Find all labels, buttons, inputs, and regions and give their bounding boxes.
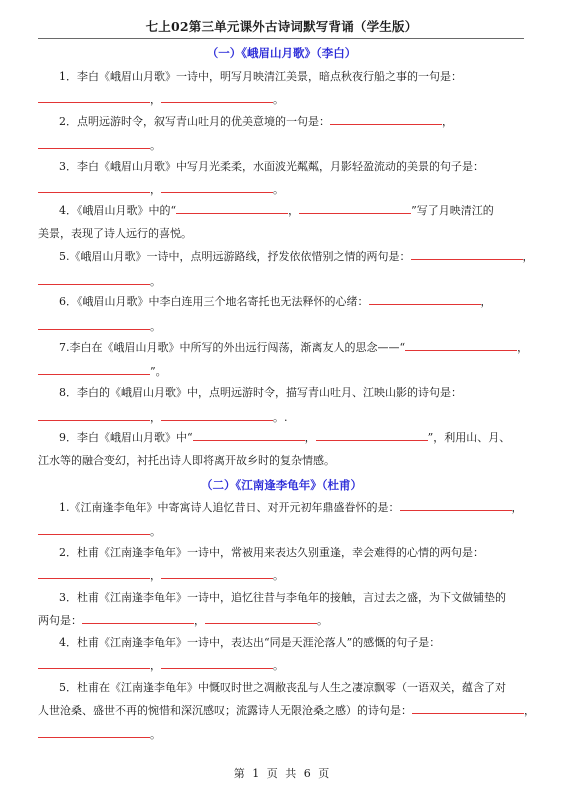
answer-line: ”。 — [38, 364, 528, 380]
answer-line: 。 — [38, 727, 528, 743]
answer-blank[interactable] — [205, 613, 317, 624]
answer-blank[interactable] — [38, 182, 150, 193]
answer-blank[interactable] — [38, 138, 150, 149]
question-text: 9．李白《峨眉山月歌》中“ — [59, 431, 193, 444]
answer-blank[interactable] — [330, 114, 442, 125]
answer-line: 。 — [38, 524, 528, 540]
answer-blank[interactable] — [38, 364, 150, 375]
answer-blank[interactable] — [316, 430, 428, 441]
answer-blank[interactable] — [38, 524, 150, 535]
question-text: 2．杜甫《江南逢李龟年》一诗中，常被用来表达久别重逢，幸会难得的心情的两句是： — [59, 545, 549, 561]
answer-blank[interactable] — [82, 613, 194, 624]
answer-line: ，。. — [38, 410, 528, 426]
question-text: 4．杜甫《江南逢李龟年》一诗中，表达出“同是天涯沦落人”的感慨的句子是： — [59, 635, 549, 651]
document-page: 七上02第三单元课外古诗词默写背诵（学生版） （一）《峨眉山月歌》（李白） 1．… — [0, 0, 563, 800]
answer-blank[interactable] — [299, 203, 411, 214]
question-line: 4．《峨眉山月歌》中的“，”写了月映清江的 — [59, 203, 549, 219]
question-continuation: 两句是： — [38, 614, 82, 627]
answer-blank[interactable] — [161, 658, 273, 669]
answer-blank[interactable] — [38, 410, 150, 421]
question-text: 3．杜甫《江南逢李龟年》一诗中，追忆往昔与李龟年的接触，言过去之盛，为下文做铺垫… — [59, 590, 549, 606]
answer-blank[interactable] — [400, 500, 512, 511]
answer-line: 。 — [38, 319, 528, 335]
answer-blank[interactable] — [405, 340, 517, 351]
answer-line: 两句是：，。 — [38, 613, 528, 629]
question-text: 5.《峨眉山月歌》一诗中，点明远游路线，抒发依依惜别之情的两句是： — [59, 250, 411, 263]
question-text: 7.李白在《峨眉山月歌》中所写的外出远行闯荡，渐离友人的思念——“ — [59, 341, 405, 354]
question-continuation: 人世沧桑、盛世不再的惋惜和深沉感叹；流露诗人无限沧桑之感）的诗句是： — [38, 704, 412, 717]
question-text-after: ”，利用山、月、 — [428, 431, 511, 444]
section-heading-1: （一）《峨眉山月歌》（李白） — [0, 45, 563, 61]
page-footer: 第 1 页 共 6 页 — [0, 765, 563, 781]
answer-blank[interactable] — [38, 319, 150, 330]
question-line: 2．点明远游时令，叙写青山吐月的优美意境的一句是：， — [59, 114, 549, 130]
question-text: 6．《峨眉山月歌》中李白连用三个地名寄托也无法释怀的心绪： — [59, 295, 369, 308]
question-line: 7.李白在《峨眉山月歌》中所写的外出远行闯荡，渐离友人的思念——“， — [59, 340, 549, 356]
answer-line: 人世沧桑、盛世不再的惋惜和深沉感叹；流露诗人无限沧桑之感）的诗句是：， — [38, 703, 528, 719]
question-text: 3．李白《峨眉山月歌》中写月光柔柔，水面波光粼粼，月影轻盈流动的美景的句子是： — [59, 159, 549, 175]
answer-line: 。 — [38, 274, 528, 290]
answer-blank[interactable] — [193, 430, 305, 441]
answer-line: ，。 — [38, 182, 528, 198]
answer-line: ，。 — [38, 92, 528, 108]
answer-blank[interactable] — [161, 568, 273, 579]
answer-line: ，。 — [38, 568, 528, 584]
question-text: 1．李白《峨眉山月歌》一诗中，明写月映清江美景，暗点秋夜行船之事的一句是： — [59, 69, 549, 85]
question-continuation: 江水等的融合变幻，衬托出诗人即将离开故乡时的复杂情感。 — [38, 453, 528, 469]
answer-blank[interactable] — [412, 703, 524, 714]
header-divider — [38, 38, 524, 39]
question-text-after: ”写了月映清江的 — [411, 204, 494, 217]
question-text: 8．李白的《峨眉山月歌》中，点明远游时令，描写青山吐月、江映山影的诗句是： — [59, 385, 549, 401]
question-text: 2．点明远游时令，叙写青山吐月的优美意境的一句是： — [59, 115, 330, 128]
answer-blank[interactable] — [38, 658, 150, 669]
question-text: 1.《江南逢李龟年》中寄寓诗人追忆昔日、对开元初年鼎盛眷怀的是： — [59, 501, 400, 514]
answer-blank[interactable] — [411, 249, 523, 260]
document-title: 七上02第三单元课外古诗词默写背诵（学生版） — [0, 17, 563, 35]
question-line: 1.《江南逢李龟年》中寄寓诗人追忆昔日、对开元初年鼎盛眷怀的是：， — [59, 500, 549, 516]
answer-line: 。 — [38, 138, 528, 154]
question-line: 5.《峨眉山月歌》一诗中，点明远游路线，抒发依依惜别之情的两句是：， — [59, 249, 549, 265]
section-heading-2: （二）《江南逢李龟年》（杜甫） — [0, 477, 563, 493]
question-line: 9．李白《峨眉山月歌》中“，”，利用山、月、 — [59, 430, 549, 446]
answer-blank[interactable] — [38, 727, 150, 738]
answer-blank[interactable] — [38, 568, 150, 579]
question-line: 6．《峨眉山月歌》中李白连用三个地名寄托也无法释怀的心绪：， — [59, 294, 549, 310]
answer-blank[interactable] — [161, 182, 273, 193]
question-text: 5．杜甫在《江南逢李龟年》中慨叹时世之凋敝丧乱与人生之凄凉飘零（一语双关，蕴含了… — [59, 680, 549, 696]
answer-blank[interactable] — [176, 203, 288, 214]
answer-blank[interactable] — [161, 410, 273, 421]
question-continuation: 美景，表现了诗人远行的喜悦。 — [38, 226, 528, 242]
answer-blank[interactable] — [369, 294, 481, 305]
answer-blank[interactable] — [38, 274, 150, 285]
answer-blank[interactable] — [38, 92, 150, 103]
answer-line: ，。 — [38, 658, 528, 674]
answer-blank[interactable] — [161, 92, 273, 103]
question-text: 4．《峨眉山月歌》中的“ — [59, 204, 176, 217]
